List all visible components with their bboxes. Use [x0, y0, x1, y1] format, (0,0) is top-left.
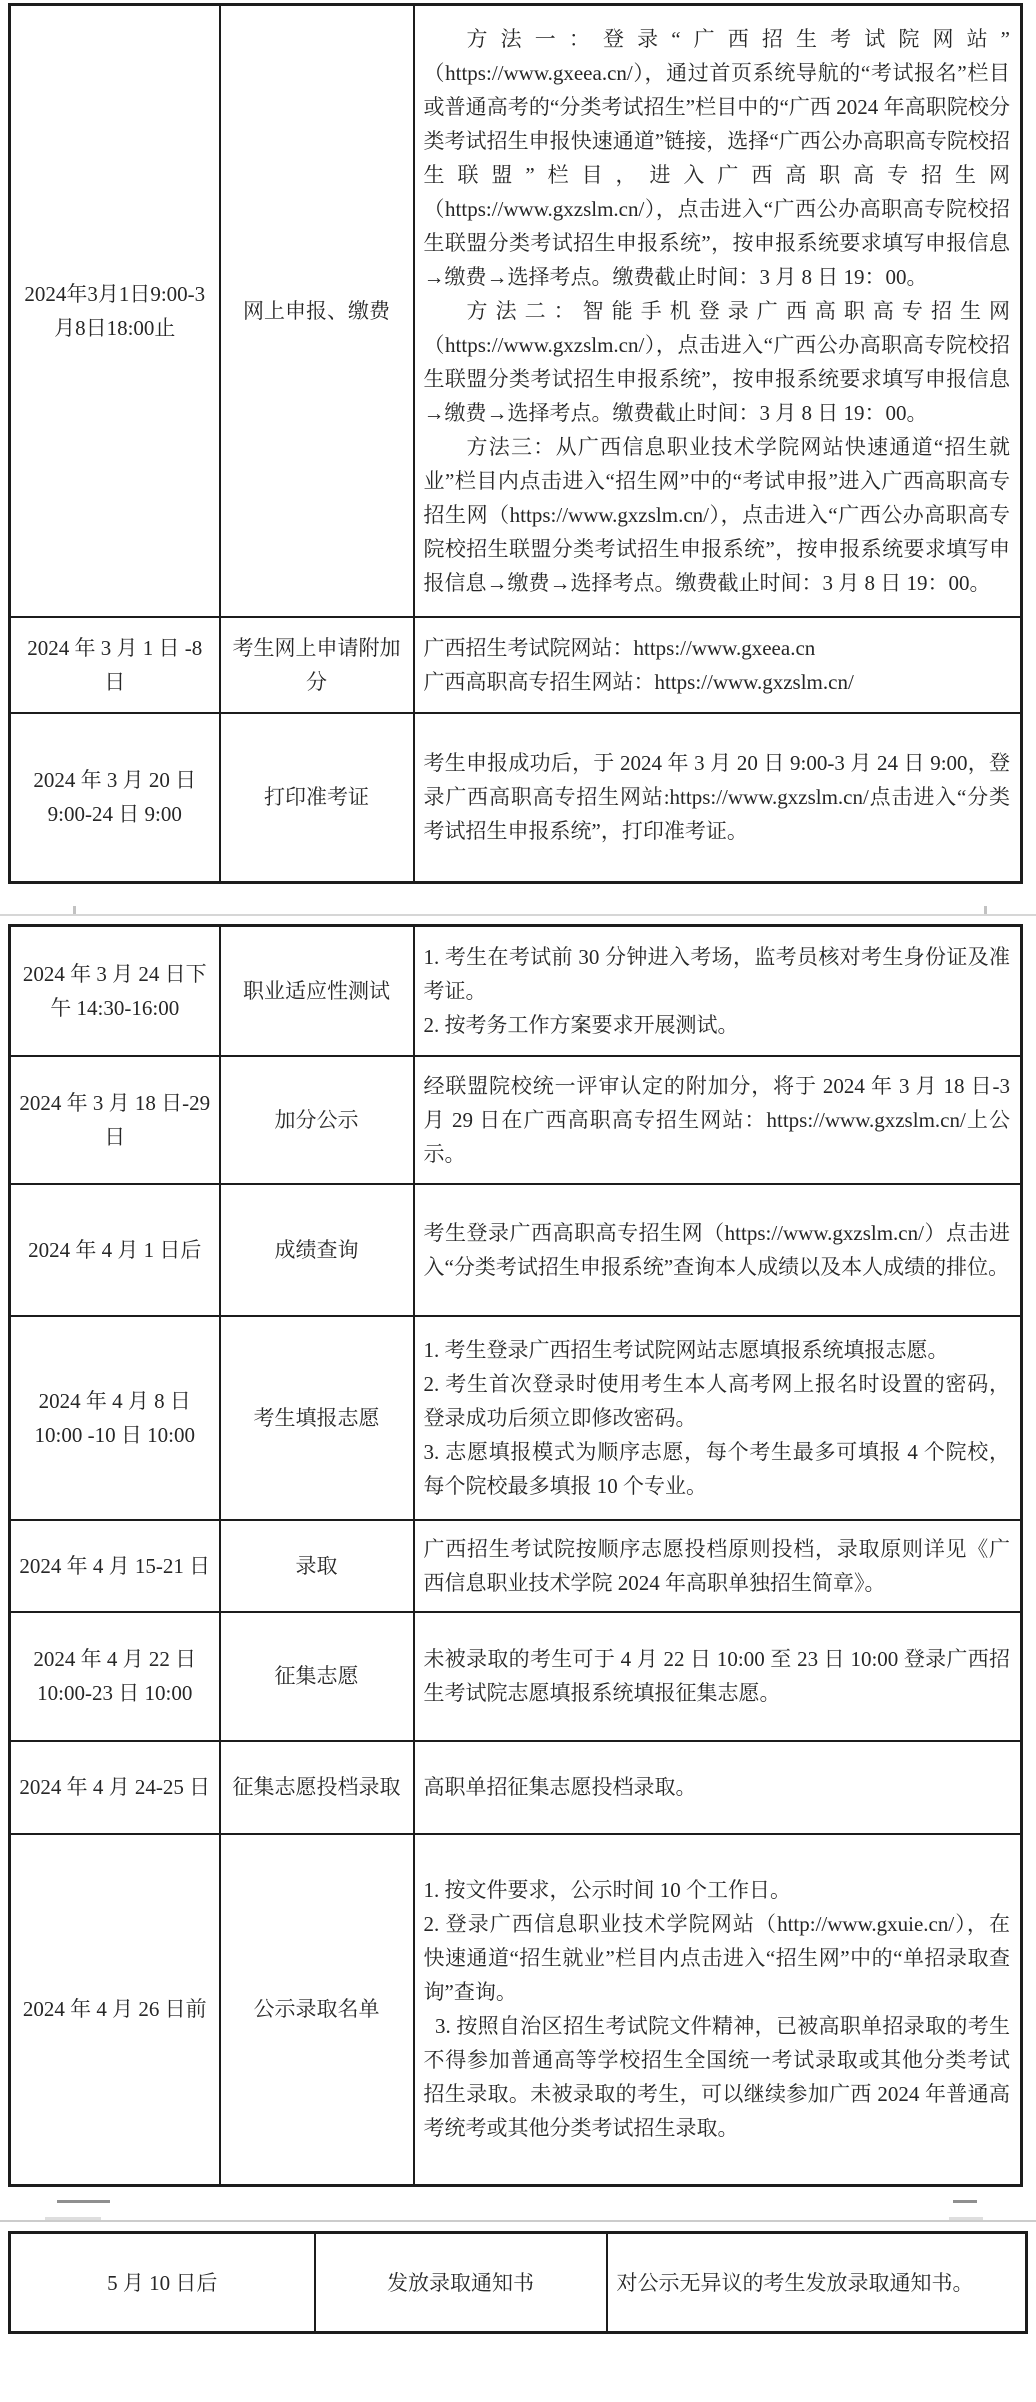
event-cell: 录取: [220, 1520, 414, 1612]
date-cell: 2024 年 4 月 1 日后: [10, 1184, 220, 1316]
event-cell: 发放录取通知书: [315, 2233, 607, 2333]
details-cell: 方法一：登录“广西招生考试院网站”（https://www.gxeea.cn/）…: [414, 5, 1022, 617]
table-row: 2024 年 4 月 24-25 日 征集志愿投档录取 高职单招征集志愿投档录取…: [10, 1741, 1022, 1834]
table-row: 2024 年 3 月 20 日 9:00-24 日 9:00 打印准考证 考生申…: [10, 713, 1022, 883]
details-paragraph: 考生登录广西高职高专招生网（https://www.gxzslm.cn/）点击进…: [424, 1216, 1011, 1284]
details-paragraph: 方法三：从广西信息职业技术学院网站快速通道“招生就业”栏目内点击进入“招生网”中…: [424, 430, 1011, 600]
date-cell: 2024 年 3 月 1 日 -8 日: [10, 617, 220, 713]
details-cell: 考生申报成功后，于 2024 年 3 月 20 日 9:00-3 月 24 日 …: [414, 713, 1022, 883]
table-row: 5 月 10 日后 发放录取通知书 对公示无异议的考生发放录取通知书。: [10, 2233, 1027, 2333]
event-cell: 网上申报、缴费: [220, 5, 414, 617]
details-paragraph: 1. 考生登录广西招生考试院网站志愿填报系统填报志愿。: [424, 1333, 1011, 1367]
details-cell: 广西招生考试院按顺序志愿投档原则投档，录取原则详见《广西信息职业技术学院 202…: [414, 1520, 1022, 1612]
event-cell: 成绩查询: [220, 1184, 414, 1316]
details-paragraph: 3. 按照自治区招生考试院文件精神，已被高职单招录取的考生不得参加普通高等学校招…: [424, 2009, 1011, 2145]
table-row: 2024 年 4 月 15-21 日 录取 广西招生考试院按顺序志愿投档原则投档…: [10, 1520, 1022, 1612]
details-paragraph: 2. 按考务工作方案要求开展测试。: [424, 1008, 1011, 1042]
details-paragraph: 广西招生考试院网站：https://www.gxeea.cn: [424, 631, 1011, 665]
details-cell: 对公示无异议的考生发放录取通知书。: [607, 2233, 1027, 2333]
table-anchor-dash-icon: [953, 2200, 977, 2203]
details-cell: 1. 考生登录广西招生考试院网站志愿填报系统填报志愿。 2. 考生首次登录时使用…: [414, 1316, 1022, 1520]
date-cell: 2024 年 4 月 15-21 日: [10, 1520, 220, 1612]
details-paragraph: 2. 登录广西信息职业技术学院网站（http://www.gxuie.cn/），…: [424, 1907, 1011, 2009]
event-cell: 考生网上申请附加分: [220, 617, 414, 713]
document-page: 2024年3月1日9:00-3月8日18:00止 网上申报、缴费 方法一：登录“…: [0, 0, 1036, 2402]
details-cell: 考生登录广西高职高专招生网（https://www.gxzslm.cn/）点击进…: [414, 1184, 1022, 1316]
table-row: 2024 年 3 月 24 日下午 14:30-16:00 职业适应性测试 1.…: [10, 926, 1022, 1056]
date-cell: 2024 年 4 月 24-25 日: [10, 1741, 220, 1834]
event-cell: 征集志愿: [220, 1612, 414, 1741]
details-cell: 未被录取的考生可于 4 月 22 日 10:00 至 23 日 10:00 登录…: [414, 1612, 1022, 1741]
table-row: 2024 年 4 月 1 日后 成绩查询 考生登录广西高职高专招生网（https…: [10, 1184, 1022, 1316]
table-row: 2024 年 4 月 26 日前 公示录取名单 1. 按文件要求，公示时间 10…: [10, 1834, 1022, 2186]
details-paragraph: 考生申报成功后，于 2024 年 3 月 20 日 9:00-3 月 24 日 …: [424, 746, 1011, 848]
page-break-line: [0, 914, 1036, 916]
event-cell: 征集志愿投档录取: [220, 1741, 414, 1834]
date-cell: 2024 年 4 月 8 日 10:00 -10 日 10:00: [10, 1316, 220, 1520]
date-cell: 2024 年 3 月 20 日 9:00-24 日 9:00: [10, 713, 220, 883]
table-row: 2024 年 3 月 18 日-29 日 加分公示 经联盟院校统一评审认定的附加…: [10, 1056, 1022, 1184]
details-paragraph: 广西招生考试院按顺序志愿投档原则投档，录取原则详见《广西信息职业技术学院 202…: [424, 1532, 1011, 1600]
date-cell: 2024 年 4 月 22 日 10:00-23 日 10:00: [10, 1612, 220, 1741]
event-cell: 职业适应性测试: [220, 926, 414, 1056]
table-anchor-dash-icon: [57, 2200, 110, 2203]
date-cell: 2024 年 3 月 24 日下午 14:30-16:00: [10, 926, 220, 1056]
page-break-line: [0, 2220, 1036, 2222]
schedule-table-1: 2024年3月1日9:00-3月8日18:00止 网上申报、缴费 方法一：登录“…: [8, 3, 1023, 884]
details-cell: 1. 考生在考试前 30 分钟进入考场，监考员核对考生身份证及准考证。 2. 按…: [414, 926, 1022, 1056]
table-row: 2024 年 3 月 1 日 -8 日 考生网上申请附加分 广西招生考试院网站：…: [10, 617, 1022, 713]
date-cell: 2024 年 3 月 18 日-29 日: [10, 1056, 220, 1184]
date-cell: 5 月 10 日后: [10, 2233, 315, 2333]
event-cell: 考生填报志愿: [220, 1316, 414, 1520]
details-paragraph: 1. 按文件要求，公示时间 10 个工作日。: [424, 1873, 1011, 1907]
schedule-table-3: 5 月 10 日后 发放录取通知书 对公示无异议的考生发放录取通知书。: [8, 2231, 1028, 2334]
page-break-gap: [0, 2187, 1036, 2231]
details-paragraph: 1. 考生在考试前 30 分钟进入考场，监考员核对考生身份证及准考证。: [424, 940, 1011, 1008]
details-cell: 高职单招征集志愿投档录取。: [414, 1741, 1022, 1834]
schedule-table-2: 2024 年 3 月 24 日下午 14:30-16:00 职业适应性测试 1.…: [8, 924, 1023, 2187]
details-paragraph: 经联盟院校统一评审认定的附加分，将于 2024 年 3 月 18 日-3 月 2…: [424, 1069, 1011, 1171]
details-paragraph: 方法一：登录“广西招生考试院网站”（https://www.gxeea.cn/）…: [424, 22, 1011, 294]
details-paragraph: 2. 考生首次登录时使用考生本人高考网上报名时设置的密码，登录成功后须立即修改密…: [424, 1367, 1011, 1435]
table-row: 2024 年 4 月 22 日 10:00-23 日 10:00 征集志愿 未被…: [10, 1612, 1022, 1741]
details-cell: 经联盟院校统一评审认定的附加分，将于 2024 年 3 月 18 日-3 月 2…: [414, 1056, 1022, 1184]
table-row: 2024年3月1日9:00-3月8日18:00止 网上申报、缴费 方法一：登录“…: [10, 5, 1022, 617]
date-cell: 2024 年 4 月 26 日前: [10, 1834, 220, 2186]
event-cell: 公示录取名单: [220, 1834, 414, 2186]
page-break-gap: [0, 884, 1036, 924]
details-cell: 1. 按文件要求，公示时间 10 个工作日。 2. 登录广西信息职业技术学院网站…: [414, 1834, 1022, 2186]
table-row: 2024 年 4 月 8 日 10:00 -10 日 10:00 考生填报志愿 …: [10, 1316, 1022, 1520]
details-cell: 广西招生考试院网站：https://www.gxeea.cn 广西高职高专招生网…: [414, 617, 1022, 713]
event-cell: 打印准考证: [220, 713, 414, 883]
details-paragraph: 3. 志愿填报模式为顺序志愿，每个考生最多可填报 4 个院校，每个院校最多填报 …: [424, 1435, 1011, 1503]
date-cell: 2024年3月1日9:00-3月8日18:00止: [10, 5, 220, 617]
details-paragraph: 未被录取的考生可于 4 月 22 日 10:00 至 23 日 10:00 登录…: [424, 1642, 1011, 1710]
details-paragraph: 广西高职高专招生网站：https://www.gxzslm.cn/: [424, 665, 1011, 699]
details-paragraph: 对公示无异议的考生发放录取通知书。: [617, 2266, 1016, 2300]
event-cell: 加分公示: [220, 1056, 414, 1184]
details-paragraph: 高职单招征集志愿投档录取。: [424, 1770, 1011, 1804]
details-paragraph: 方法二：智能手机登录广西高职高专招生网（https://www.gxzslm.c…: [424, 294, 1011, 430]
